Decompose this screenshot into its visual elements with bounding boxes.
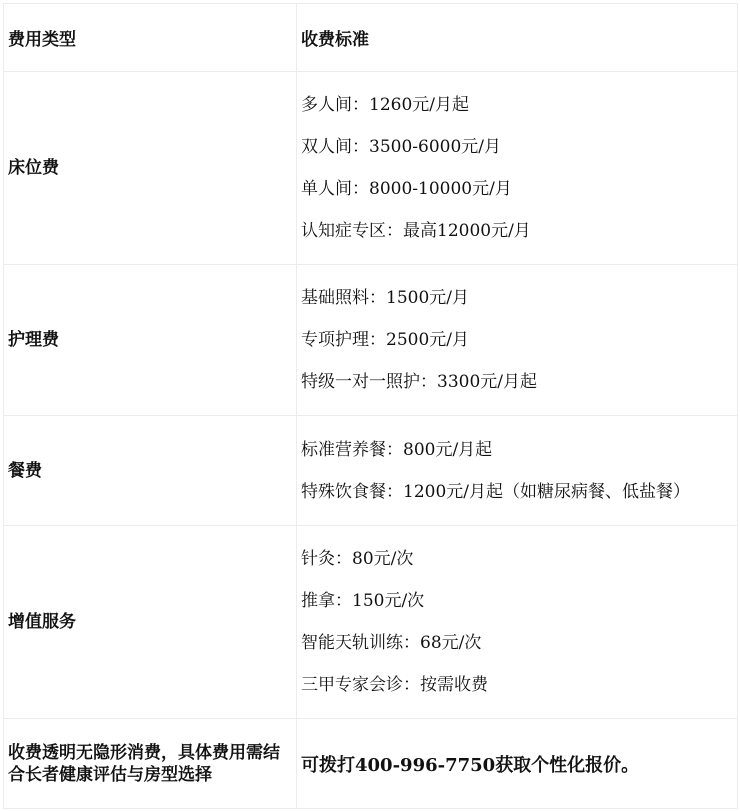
fee-item-value: 按需收费 [420, 675, 488, 695]
fee-item-label: 双人间： [301, 137, 369, 157]
fee-item: 单人间：8000-10000元/月 [301, 168, 733, 210]
fee-type-cell: 餐费 [4, 416, 297, 526]
table-header-row: 费用类型 收费标准 [4, 4, 738, 72]
fee-item-value: 1260元/月起 [369, 95, 469, 115]
fee-item-value: 68元/次 [420, 633, 481, 653]
fee-type-cell: 增值服务 [4, 526, 297, 719]
fee-item-label: 推拿： [301, 591, 352, 611]
fee-item: 三甲专家会诊：按需收费 [301, 664, 733, 706]
fee-item: 基础照料：1500元/月 [301, 277, 733, 319]
fee-item: 针灸：80元/次 [301, 538, 733, 580]
fee-item-label: 智能天轨训练： [301, 633, 420, 653]
fee-item-value: 1200元/月起（如糖尿病餐、低盐餐） [403, 482, 690, 502]
table-row-value-added-services: 增值服务 针灸：80元/次 推拿：150元/次 智能天轨训练：68元/次 三甲专… [4, 526, 738, 719]
fee-item-label: 三甲专家会诊： [301, 675, 420, 695]
fee-item: 标准营养餐：800元/月起 [301, 429, 733, 471]
fee-item-label: 针灸： [301, 549, 352, 569]
fee-item-value: 1500元/月 [386, 288, 469, 308]
header-fee-type: 费用类型 [4, 4, 297, 72]
fee-item-value: 80元/次 [352, 549, 413, 569]
fee-standard-cell: 针灸：80元/次 推拿：150元/次 智能天轨训练：68元/次 三甲专家会诊：按… [297, 526, 738, 719]
fee-item-label: 认知症专区： [301, 221, 403, 241]
fee-item: 特级一对一照护：3300元/月起 [301, 361, 733, 403]
fee-item-value: 3500-6000元/月 [369, 137, 501, 157]
fee-item: 特殊饮食餐：1200元/月起（如糖尿病餐、低盐餐） [301, 471, 733, 513]
contact-note: 可拨打400-996-7750获取个性化报价。 [297, 719, 738, 809]
fee-item-label: 专项护理： [301, 330, 386, 350]
fee-item: 推拿：150元/次 [301, 580, 733, 622]
phone-number[interactable]: 400-996-7750 [355, 755, 495, 776]
table-row-care-fee: 护理费 基础照料：1500元/月 专项护理：2500元/月 特级一对一照护：33… [4, 265, 738, 416]
table-row-note: 收费透明无隐形消费，具体费用需结合长者健康评估与房型选择 可拨打400-996-… [4, 719, 738, 809]
fee-item: 认知症专区：最高12000元/月 [301, 210, 733, 252]
fee-item-value: 8000-10000元/月 [369, 179, 512, 199]
fee-item-label: 特级一对一照护： [301, 372, 437, 392]
table-row-bed-fee: 床位费 多人间：1260元/月起 双人间：3500-6000元/月 单人间：80… [4, 72, 738, 265]
fee-table: 费用类型 收费标准 床位费 多人间：1260元/月起 双人间：3500-6000… [3, 3, 738, 809]
fee-item-value: 150元/次 [352, 591, 424, 611]
fee-item-label: 单人间： [301, 179, 369, 199]
transparency-note: 收费透明无隐形消费，具体费用需结合长者健康评估与房型选择 [4, 719, 297, 809]
fee-item-value: 最高12000元/月 [403, 221, 531, 241]
fee-item: 智能天轨训练：68元/次 [301, 622, 733, 664]
contact-prefix: 可拨打 [301, 755, 355, 776]
contact-suffix: 获取个性化报价。 [495, 755, 639, 776]
fee-type-cell: 护理费 [4, 265, 297, 416]
fee-item: 专项护理：2500元/月 [301, 319, 733, 361]
fee-type-cell: 床位费 [4, 72, 297, 265]
fee-item-label: 特殊饮食餐： [301, 482, 403, 502]
fee-item: 多人间：1260元/月起 [301, 84, 733, 126]
fee-item-value: 2500元/月 [386, 330, 469, 350]
fee-item-value: 3300元/月起 [437, 372, 537, 392]
table-row-meal-fee: 餐费 标准营养餐：800元/月起 特殊饮食餐：1200元/月起（如糖尿病餐、低盐… [4, 416, 738, 526]
fee-standard-cell: 标准营养餐：800元/月起 特殊饮食餐：1200元/月起（如糖尿病餐、低盐餐） [297, 416, 738, 526]
fee-item-label: 多人间： [301, 95, 369, 115]
fee-item: 双人间：3500-6000元/月 [301, 126, 733, 168]
header-fee-standard: 收费标准 [297, 4, 738, 72]
fee-standard-cell: 多人间：1260元/月起 双人间：3500-6000元/月 单人间：8000-1… [297, 72, 738, 265]
fee-standard-cell: 基础照料：1500元/月 专项护理：2500元/月 特级一对一照护：3300元/… [297, 265, 738, 416]
fee-item-label: 基础照料： [301, 288, 386, 308]
fee-item-label: 标准营养餐： [301, 440, 403, 460]
fee-item-value: 800元/月起 [403, 440, 492, 460]
